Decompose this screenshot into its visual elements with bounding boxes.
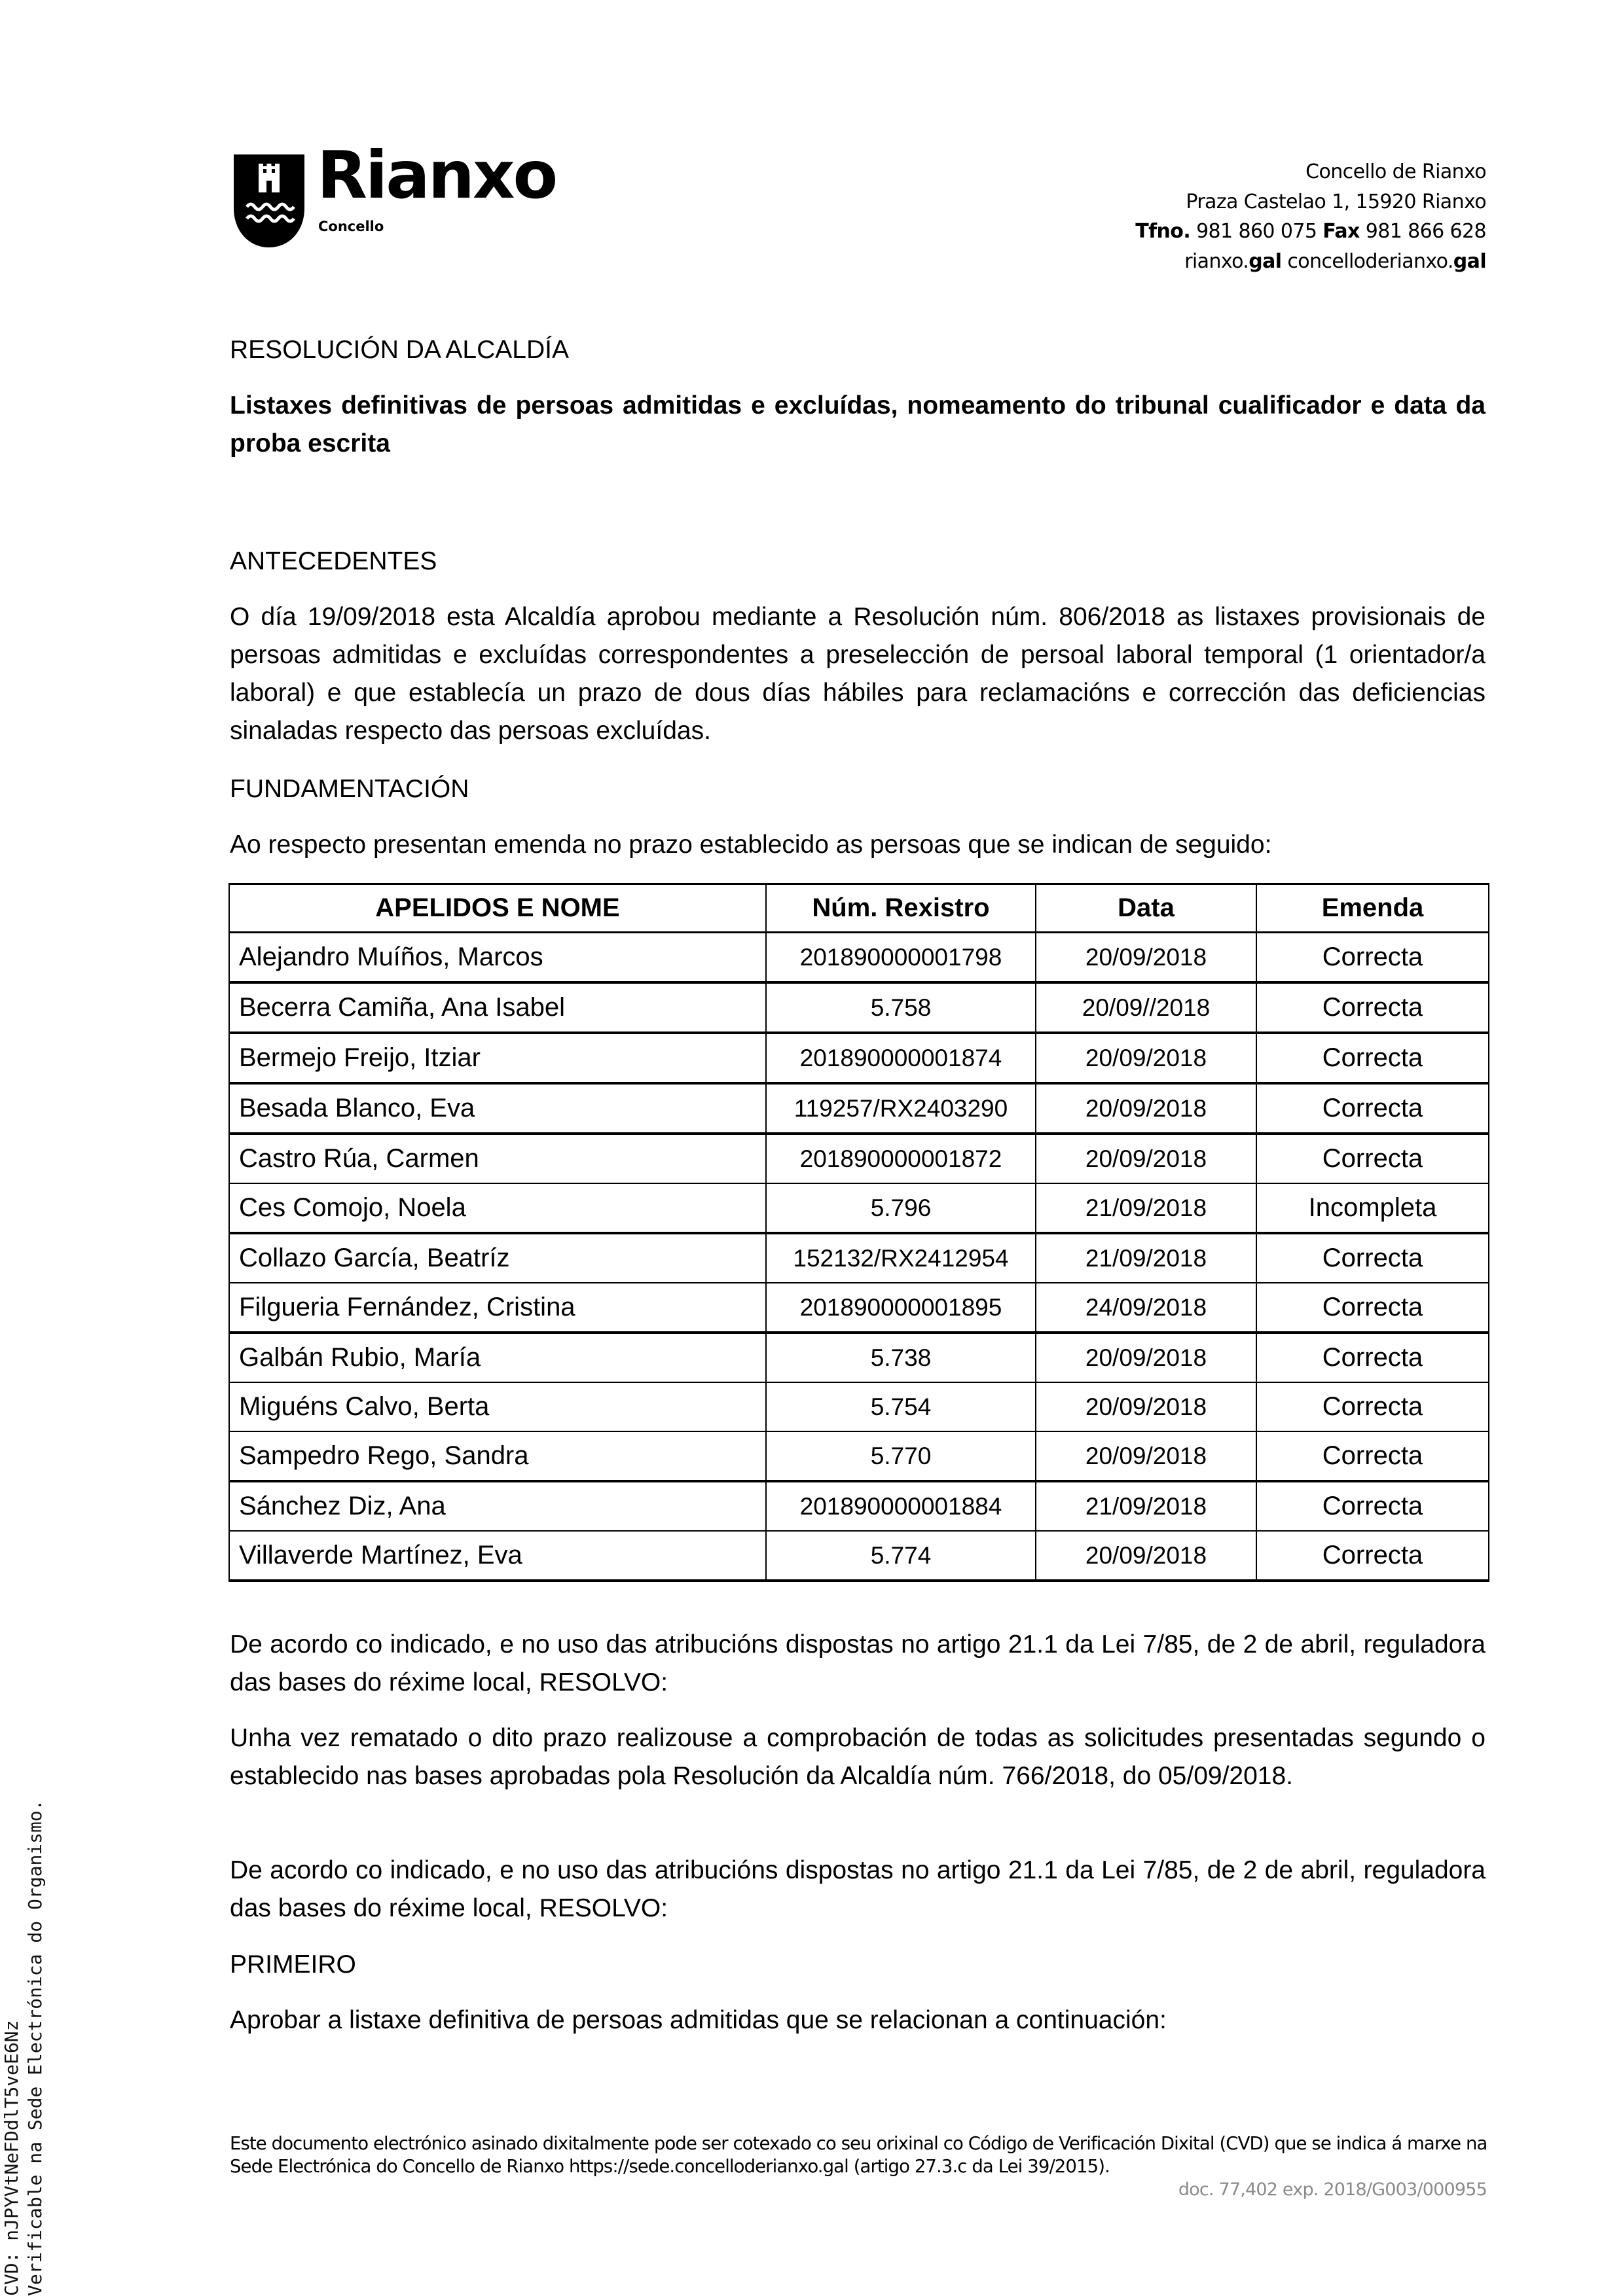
phone-number: 981 860 075 — [1196, 220, 1317, 243]
contact-address: Concello de Rianxo Praza Castelao 1, 159… — [1135, 157, 1486, 276]
cell-name: Castro Rúa, Carmen — [229, 1134, 766, 1183]
cell-status: Correcta — [1256, 1531, 1489, 1581]
cvd-verifiable-note: Verificable na Sede Electrónica do Organ… — [24, 1799, 47, 2296]
cell-registry: 5.754 — [766, 1382, 1036, 1431]
antecedentes-heading: ANTECEDENTES — [230, 543, 437, 581]
fax-number: 981 866 628 — [1366, 220, 1486, 243]
table-row: Becerra Camiña, Ana Isabel5.75820/09//20… — [229, 982, 1489, 1033]
cell-registry: 201890000001884 — [766, 1481, 1036, 1531]
cell-status: Correcta — [1256, 1233, 1489, 1283]
table-row: Filgueria Fernández, Cristina20189000000… — [229, 1283, 1489, 1333]
table-header-row: APELIDOS E NOME Núm. Rexistro Data Emend… — [229, 884, 1489, 933]
cell-registry: 5.774 — [766, 1531, 1036, 1581]
cell-status: Correcta — [1256, 1134, 1489, 1183]
cell-date: 20/09/2018 — [1036, 1083, 1256, 1134]
cell-status: Correcta — [1256, 1333, 1489, 1382]
cell-name: Villaverde Martínez, Eva — [229, 1531, 766, 1581]
table-row: Villaverde Martínez, Eva5.77420/09/2018C… — [229, 1531, 1489, 1581]
table-row: Ces Comojo, Noela5.79621/09/2018Incomple… — [229, 1183, 1489, 1233]
table-row: Bermejo Freijo, Itziar20189000000187420/… — [229, 1033, 1489, 1083]
cell-name: Galbán Rubio, María — [229, 1333, 766, 1382]
website-1[interactable]: rianxo.gal — [1184, 250, 1281, 273]
table-row: Galbán Rubio, María5.73820/09/2018Correc… — [229, 1333, 1489, 1382]
cell-date: 20/09/2018 — [1036, 1134, 1256, 1183]
fundamentacion-intro: Ao respecto presentan emenda no prazo es… — [230, 826, 1271, 864]
contact-phone-fax: Tfno. 981 860 075 Fax 981 866 628 — [1135, 217, 1486, 247]
paragraph-resolvo-1: De acordo co indicado, e no uso das atri… — [230, 1626, 1486, 1702]
cell-registry: 201890000001798 — [766, 933, 1036, 983]
address-line-1: Concello de Rianxo — [1135, 157, 1486, 187]
cell-registry: 201890000001872 — [766, 1134, 1036, 1183]
address-line-2: Praza Castelao 1, 15920 Rianxo — [1135, 187, 1486, 217]
emendas-table: APELIDOS E NOME Núm. Rexistro Data Emend… — [228, 883, 1489, 1582]
cell-name: Miguéns Calvo, Berta — [229, 1382, 766, 1431]
cell-name: Besada Blanco, Eva — [229, 1083, 766, 1134]
logo-subtitle: Concello — [318, 220, 384, 234]
document-title: Listaxes definitivas de persoas admitida… — [230, 387, 1486, 463]
cell-date: 21/09/2018 — [1036, 1233, 1256, 1283]
shield-castle-waves-icon — [234, 154, 304, 247]
cell-name: Bermejo Freijo, Itziar — [229, 1033, 766, 1083]
cell-date: 20/09/2018 — [1036, 1431, 1256, 1481]
cell-status: Correcta — [1256, 933, 1489, 983]
cell-date: 20/09/2018 — [1036, 1382, 1256, 1431]
primeiro-heading: PRIMEIRO — [230, 1946, 356, 1984]
table-row: Collazo García, Beatríz152132/RX24129542… — [229, 1233, 1489, 1283]
footer-verification-notice: Este documento electrónico asinado dixit… — [230, 2132, 1493, 2178]
cell-status: Incompleta — [1256, 1183, 1489, 1233]
column-header-status: Emenda — [1256, 884, 1489, 933]
cell-registry: 152132/RX2412954 — [766, 1233, 1036, 1283]
cell-status: Correcta — [1256, 1481, 1489, 1531]
cell-name: Filgueria Fernández, Cristina — [229, 1283, 766, 1333]
column-header-registry: Núm. Rexistro — [766, 884, 1036, 933]
logo-wordmark: Rianxo — [317, 143, 556, 208]
cell-status: Correcta — [1256, 1033, 1489, 1083]
paragraph-comprobacion: Unha vez rematado o dito prazo realizous… — [230, 1719, 1486, 1795]
cell-registry: 201890000001895 — [766, 1283, 1036, 1333]
cell-registry: 5.758 — [766, 982, 1036, 1033]
phone-label: Tfno. — [1135, 220, 1190, 243]
side-margin-cvd: CVD: nJPYVtNeFDdlT5veE6Nz Verificable na… — [0, 1799, 47, 2296]
cell-date: 21/09/2018 — [1036, 1183, 1256, 1233]
cvd-code: CVD: nJPYVtNeFDdlT5veE6Nz — [0, 1799, 24, 2296]
table-row: Miguéns Calvo, Berta5.75420/09/2018Corre… — [229, 1382, 1489, 1431]
primeiro-text: Aprobar a listaxe definitiva de persoas … — [230, 2001, 1167, 2039]
cell-date: 20/09/2018 — [1036, 1531, 1256, 1581]
cell-date: 20/09/2018 — [1036, 1033, 1256, 1083]
column-header-date: Data — [1036, 884, 1256, 933]
table-row: Besada Blanco, Eva119257/RX240329020/09/… — [229, 1083, 1489, 1134]
cell-status: Correcta — [1256, 1283, 1489, 1333]
cell-name: Alejandro Muíños, Marcos — [229, 933, 766, 983]
cell-name: Collazo García, Beatríz — [229, 1233, 766, 1283]
website-2[interactable]: concelloderianxo.gal — [1287, 250, 1486, 273]
cell-status: Correcta — [1256, 1083, 1489, 1134]
paragraph-resolvo-2: De acordo co indicado, e no uso das atri… — [230, 1852, 1486, 1928]
cell-registry: 201890000001874 — [766, 1033, 1036, 1083]
fax-label: Fax — [1322, 220, 1360, 243]
cell-date: 20/09/2018 — [1036, 933, 1256, 983]
cell-status: Correcta — [1256, 1431, 1489, 1481]
cell-status: Correcta — [1256, 982, 1489, 1033]
cell-registry: 5.738 — [766, 1333, 1036, 1382]
cell-date: 24/09/2018 — [1036, 1283, 1256, 1333]
table-row: Sánchez Diz, Ana20189000000188421/09/201… — [229, 1481, 1489, 1531]
cell-status: Correcta — [1256, 1382, 1489, 1431]
cell-date: 21/09/2018 — [1036, 1481, 1256, 1531]
cell-name: Sánchez Diz, Ana — [229, 1481, 766, 1531]
cell-registry: 119257/RX2403290 — [766, 1083, 1036, 1134]
cell-registry: 5.770 — [766, 1431, 1036, 1481]
table-row: Alejandro Muíños, Marcos2018900000017982… — [229, 933, 1489, 983]
document-type-heading: RESOLUCIÓN DA ALCALDÍA — [230, 331, 569, 369]
column-header-name: APELIDOS E NOME — [229, 884, 766, 933]
cell-date: 20/09//2018 — [1036, 982, 1256, 1033]
cell-name: Sampedro Rego, Sandra — [229, 1431, 766, 1481]
table-row: Castro Rúa, Carmen20189000000187220/09/2… — [229, 1134, 1489, 1183]
cell-registry: 5.796 — [766, 1183, 1036, 1233]
cell-date: 20/09/2018 — [1036, 1333, 1256, 1382]
websites: rianxo.gal concelloderianxo.gal — [1135, 247, 1486, 277]
antecedentes-text: O día 19/09/2018 esta Alcaldía aprobou m… — [230, 598, 1486, 750]
fundamentacion-heading: FUNDAMENTACIÓN — [230, 770, 469, 808]
table-row: Sampedro Rego, Sandra5.77020/09/2018Corr… — [229, 1431, 1489, 1481]
document-reference: doc. 77,402 exp. 2018/G003/000955 — [1178, 2179, 1487, 2200]
cell-name: Ces Comojo, Noela — [229, 1183, 766, 1233]
concello-logo: Rianxo Concello — [228, 154, 569, 249]
cell-name: Becerra Camiña, Ana Isabel — [229, 982, 766, 1033]
